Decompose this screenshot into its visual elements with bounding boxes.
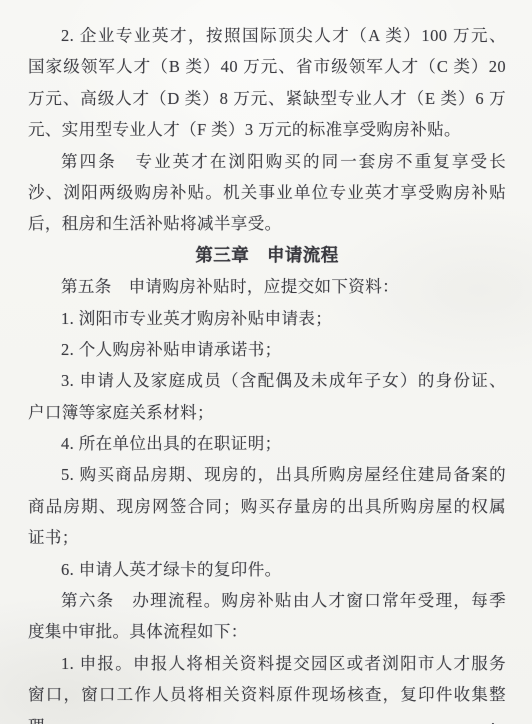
text-line: 5. 购买商品房期、现房的，出具所购房屋经住建局备案的 [28, 459, 506, 490]
text-line: 第四条 专业英才在浏阳购买的同一套房不重复享受长 [28, 146, 506, 177]
chapter-heading: 第三章 申请流程 [28, 240, 506, 271]
text-line: 元、实用型专业人才（F 类）3 万元的标准享受购房补贴。 [28, 114, 506, 145]
text-line: 户口簿等家庭关系材料； [28, 397, 506, 428]
text-line: 2. 个人购房补贴申请承诺书； [28, 334, 506, 365]
text-line: 万元、高级人才（D 类）8 万元、紧缺型专业人才（E 类）6 万 [28, 83, 506, 114]
text-line: 6. 申请人英才绿卡的复印件。 [28, 554, 506, 585]
text-line: 沙、浏阳两级购房补贴。机关事业单位专业英才享受购房补贴 [28, 177, 506, 208]
text-line: 2. 企业专业英才，按照国际顶尖人才（A 类）100 万元、 [28, 20, 506, 51]
text-line: 商品房期、现房网签合同；购买存量房的出具所购房屋的权属 [28, 491, 506, 522]
text-line: 窗口，窗口工作人员将相关资料原件现场核查，复印件收集整理； [28, 679, 506, 710]
text-line: 1. 申报。申报人将相关资料提交园区或者浏阳市人才服务 [28, 648, 506, 679]
text-line: 第六条 办理流程。购房补贴由人才窗口常年受理，每季 [28, 585, 506, 616]
text-line: 3. 申请人及家庭成员（含配偶及未成年子女）的身份证、 [28, 365, 506, 396]
document-text-area: 2. 企业专业英才，按照国际顶尖人才（A 类）100 万元、国家级领军人才（B … [28, 20, 506, 711]
document-page: 2. 企业专业英才，按照国际顶尖人才（A 类）100 万元、国家级领军人才（B … [0, 0, 532, 724]
text-line: 4. 所在单位出具的在职证明； [28, 428, 506, 459]
text-line: 度集中审批。具体流程如下： [28, 616, 506, 647]
text-line: 国家级领军人才（B 类）40 万元、省市级领军人才（C 类）20 [28, 51, 506, 82]
text-line: 1. 浏阳市专业英才购房补贴申请表； [28, 303, 506, 334]
text-line: 第五条 申请购房补贴时，应提交如下资料： [28, 271, 506, 302]
text-line: 后，租房和生活补贴将减半享受。 [28, 208, 506, 239]
text-line: 证书； [28, 522, 506, 553]
